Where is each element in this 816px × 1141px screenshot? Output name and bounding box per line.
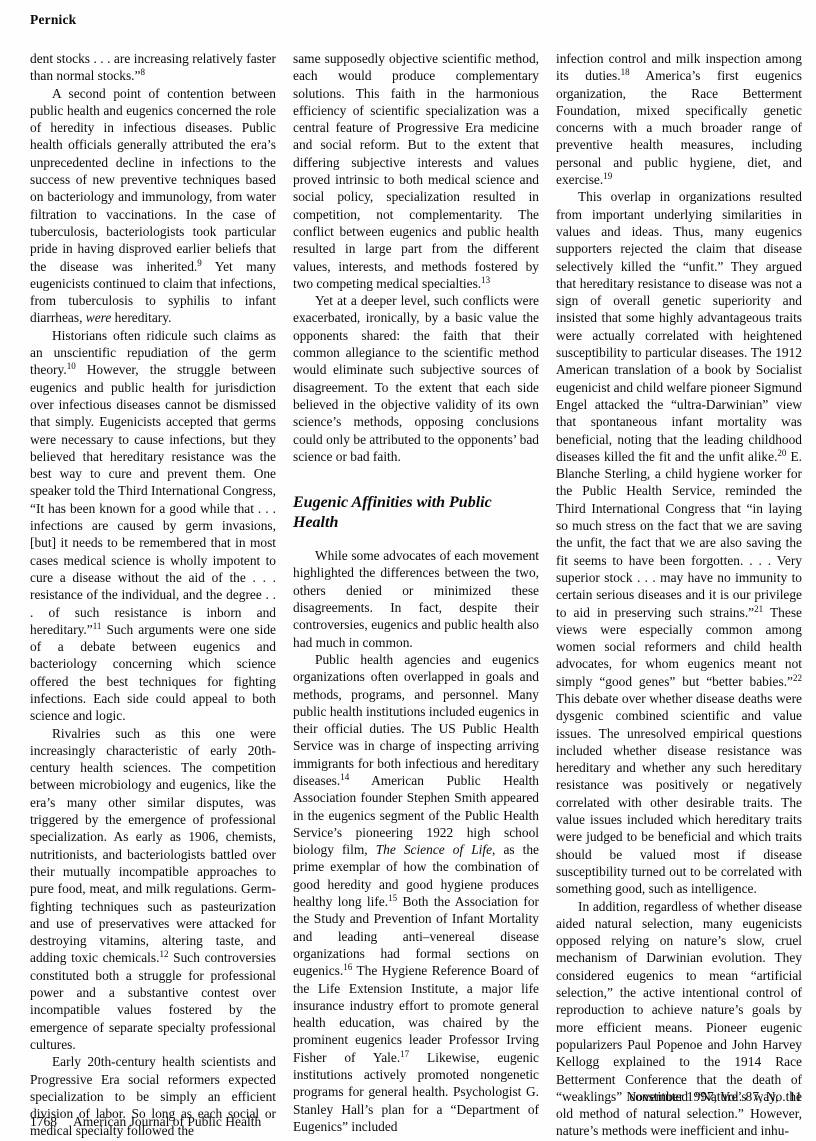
footnote-reference: 10 bbox=[67, 361, 76, 371]
footnote-reference: 21 bbox=[754, 604, 763, 614]
paragraph: Historians often ridicule such claims as… bbox=[30, 327, 276, 725]
footnote-reference: 9 bbox=[197, 258, 202, 268]
italic-text: The Science of Life bbox=[376, 842, 492, 857]
footnote-reference: 15 bbox=[388, 893, 397, 903]
paragraph: same supposedly objective scientific met… bbox=[293, 50, 539, 292]
footnote-reference: 20 bbox=[777, 448, 786, 458]
footnote-reference: 13 bbox=[481, 275, 490, 285]
paragraph: Rivalries such as this one were increasi… bbox=[30, 725, 276, 1054]
paragraph: Public health agencies and eugenics orga… bbox=[293, 651, 539, 1135]
footnote-reference: 8 bbox=[140, 67, 145, 77]
footnote-reference: 22 bbox=[793, 673, 802, 683]
paragraph: infection control and milk inspection am… bbox=[556, 50, 802, 188]
footer-issue-info: November 1997, Vol. 87, No. 11 bbox=[626, 1089, 802, 1105]
footnote-reference: 19 bbox=[603, 171, 612, 181]
footnote-reference: 18 bbox=[621, 67, 630, 77]
footnote-reference: 16 bbox=[343, 962, 352, 972]
text-column-1: dent stocks . . . are increasing relativ… bbox=[30, 50, 276, 1140]
footer-left: 1768American Journal of Public Health bbox=[30, 1114, 261, 1130]
italic-text: were bbox=[86, 310, 112, 325]
section-heading: Eugenic Affinities with Public Health bbox=[293, 493, 539, 532]
journal-page: Pernick dent stocks . . . are increasing… bbox=[0, 0, 816, 1141]
text-column-2: same supposedly objective scientific met… bbox=[293, 50, 539, 1140]
paragraph: This overlap in organizations resulted f… bbox=[556, 188, 802, 897]
journal-title: American Journal of Public Health bbox=[73, 1114, 261, 1129]
paragraph: A second point of contention between pub… bbox=[30, 85, 276, 327]
text-column-3: infection control and milk inspection am… bbox=[556, 50, 802, 1140]
paragraph: Yet at a deeper level, such conflicts we… bbox=[293, 292, 539, 465]
footnote-reference: 11 bbox=[93, 621, 102, 631]
page-number: 1768 bbox=[30, 1114, 57, 1129]
footnote-reference: 14 bbox=[340, 772, 349, 782]
paragraph: dent stocks . . . are increasing relativ… bbox=[30, 50, 276, 85]
article-body: dent stocks . . . are increasing relativ… bbox=[30, 50, 802, 1140]
paragraph: While some advocates of each movement hi… bbox=[293, 547, 539, 651]
footnote-reference: 17 bbox=[400, 1049, 409, 1059]
footnote-reference: 12 bbox=[159, 949, 168, 959]
running-head-author: Pernick bbox=[30, 12, 76, 28]
